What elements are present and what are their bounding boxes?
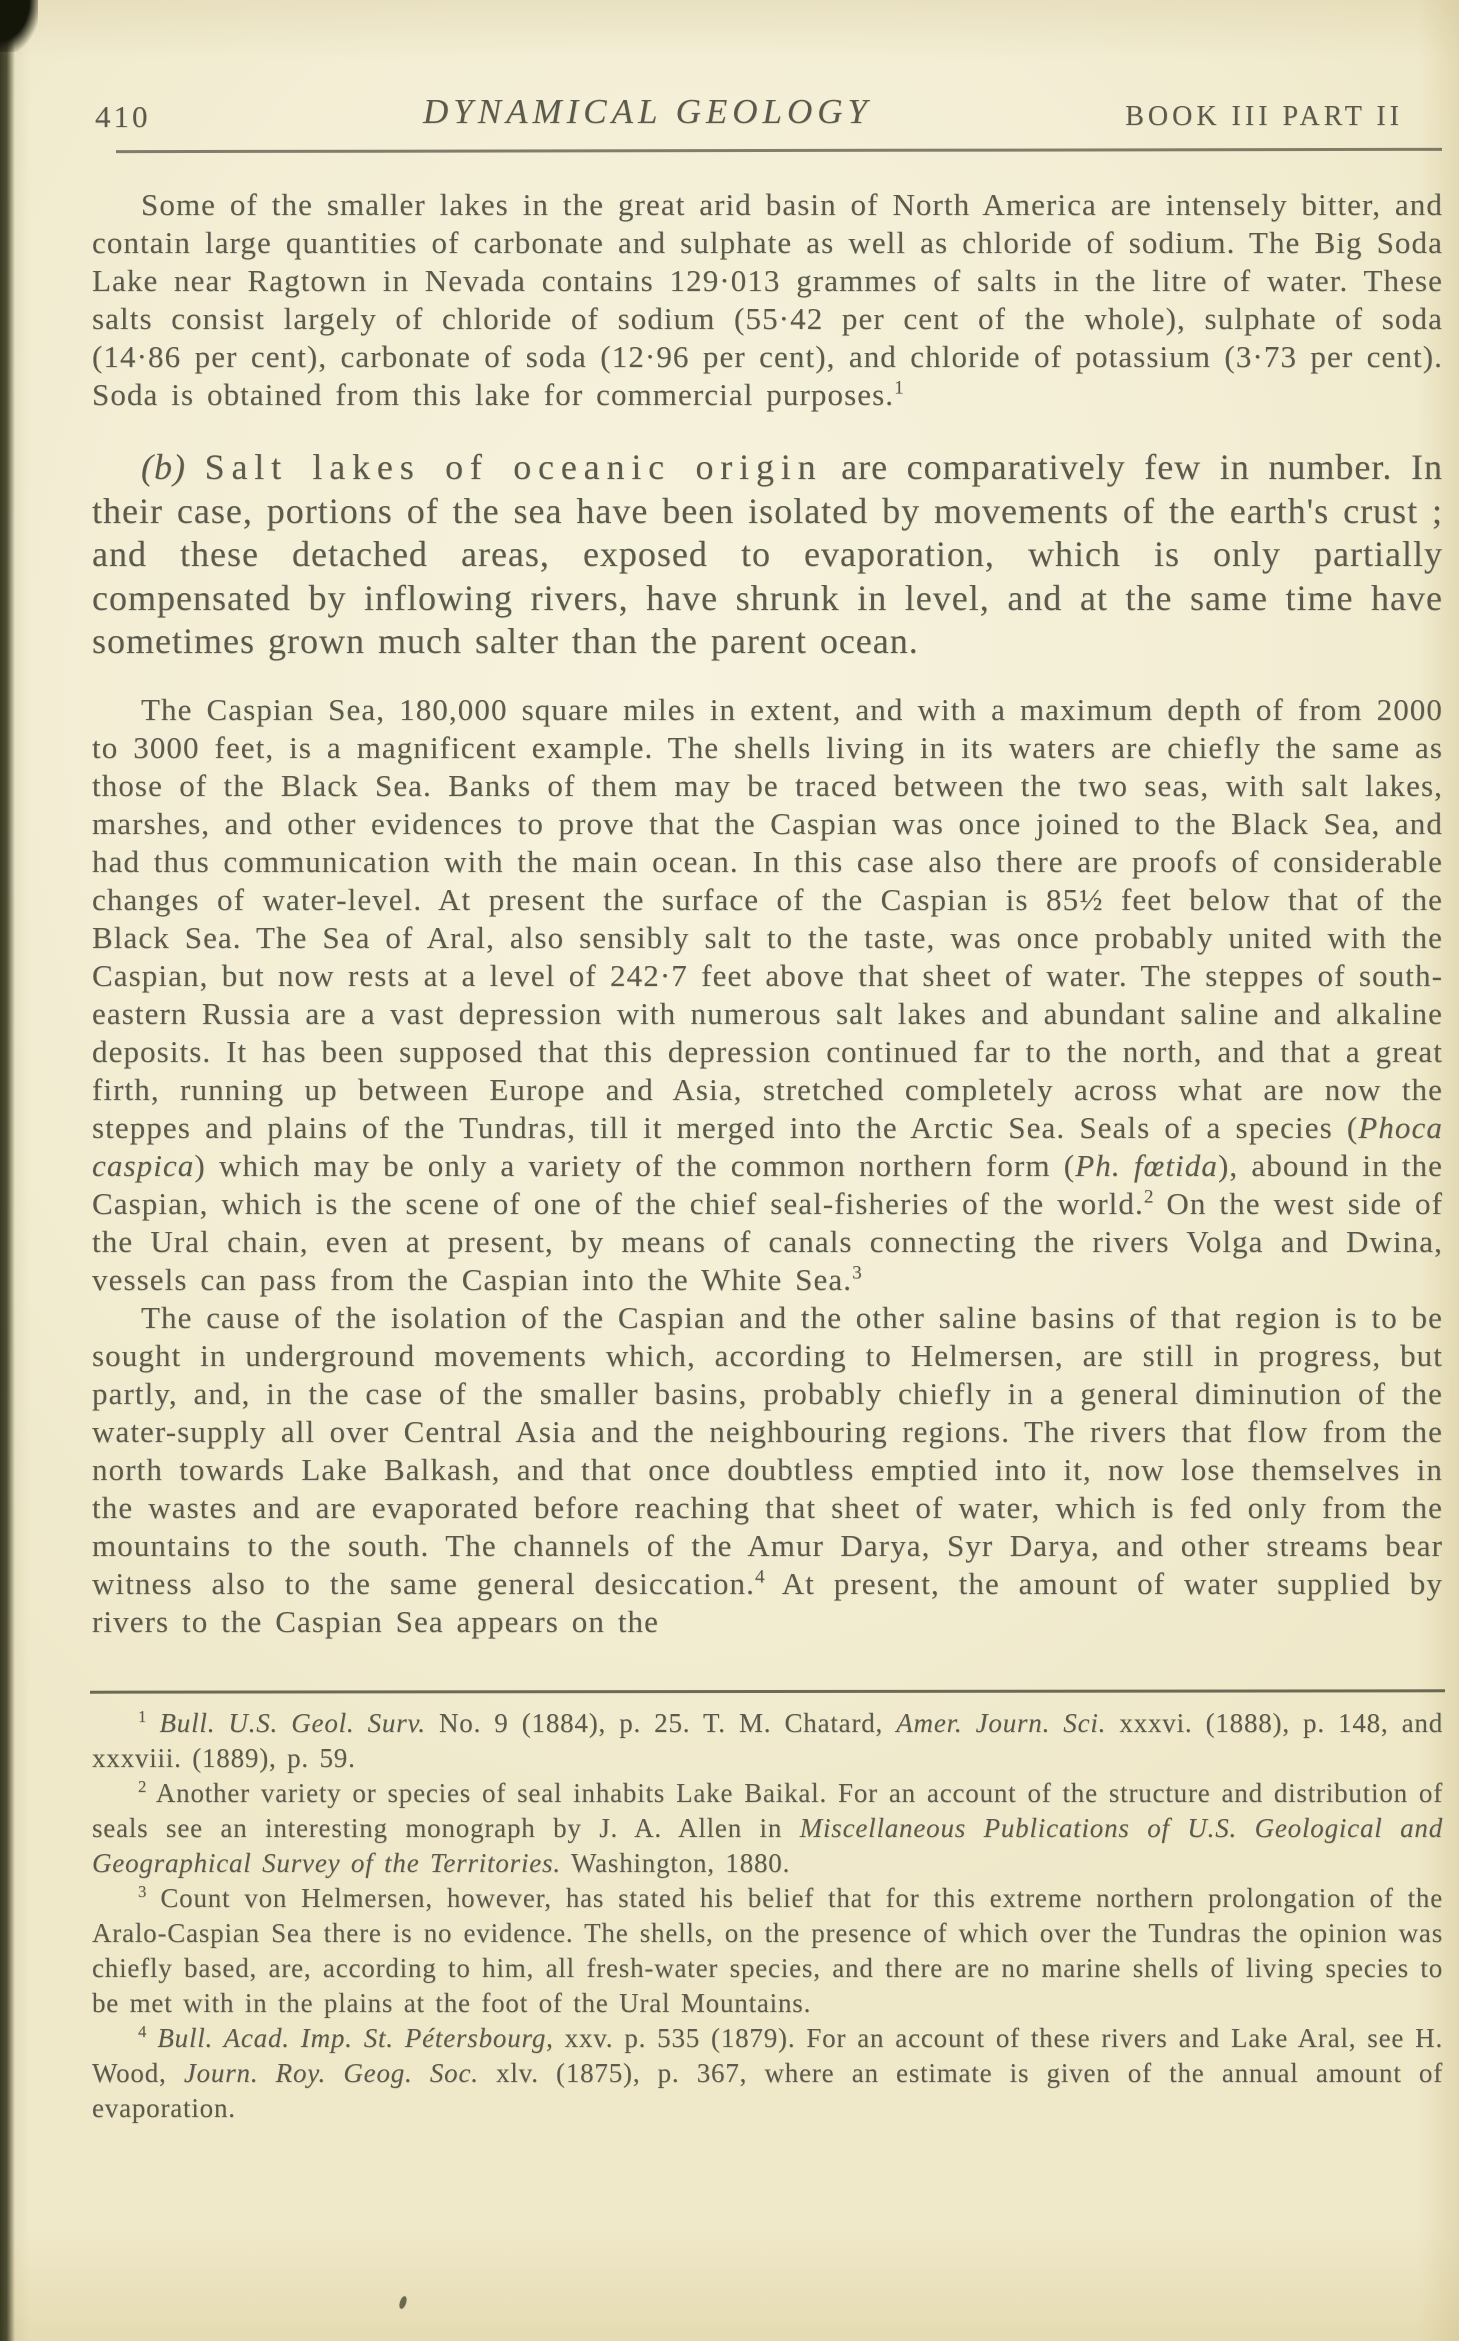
footnotes-section: 1 Bull. U.S. Geol. Surv. No. 9 (1884), p… xyxy=(92,1706,1443,2126)
text-segment: Ph. fœtida xyxy=(1075,1148,1218,1183)
text-segment: Count von Helmersen, however, has stated… xyxy=(92,1883,1443,2018)
text-segment: Bull. U.S. Geol. Surv. xyxy=(146,1708,425,1738)
book-part-label: BOOK III PART II xyxy=(1125,101,1403,133)
text-segment: ) which may be only a variety of the com… xyxy=(194,1148,1075,1183)
footnote-ref: 4 xyxy=(755,1566,765,1587)
text-segment: Bull. Acad. Imp. St. Pétersbourg xyxy=(146,2023,546,2053)
paragraph-soda-lakes: Some of the smaller lakes in the great a… xyxy=(92,186,1443,414)
footnote-ref: 1 xyxy=(894,378,904,399)
running-title: DYNAMICAL GEOLOGY xyxy=(92,92,1203,132)
page-header: 410 DYNAMICAL GEOLOGY BOOK III PART II xyxy=(92,92,1443,140)
book-page: 410 DYNAMICAL GEOLOGY BOOK III PART II S… xyxy=(0,0,1459,2341)
text-segment: Salt lakes of oceanic origin xyxy=(205,447,823,487)
footnote-1: 1 Bull. U.S. Geol. Surv. No. 9 (1884), p… xyxy=(92,1706,1443,1776)
text-segment: Some of the smaller lakes in the great a… xyxy=(92,187,1443,412)
text-segment: Journ. Roy. Geog. Soc. xyxy=(184,2058,479,2088)
footnote-3: 3 Count von Helmersen, however, has stat… xyxy=(92,1881,1443,2021)
footnote-ref: 3 xyxy=(852,1262,862,1283)
footnote-4: 4 Bull. Acad. Imp. St. Pétersbourg, xxv.… xyxy=(92,2021,1443,2126)
footnote-2: 2 Another variety or species of seal inh… xyxy=(92,1776,1443,1881)
scan-corner-shadow xyxy=(0,0,38,52)
text-segment: Washington, 1880. xyxy=(561,1848,790,1878)
paragraph-isolation-cause: The cause of the isolation of the Caspia… xyxy=(92,1299,1443,1641)
footnote-rule xyxy=(90,1689,1445,1693)
header-rule xyxy=(116,148,1442,153)
text-segment: Amer. Journ. Sci. xyxy=(896,1708,1106,1738)
text-segment: No. 9 (1884), p. 25. T. M. Chatard, xyxy=(426,1708,896,1738)
page-body: Some of the smaller lakes in the great a… xyxy=(92,186,1443,1641)
text-segment: The Caspian Sea, 180,000 square miles in… xyxy=(92,692,1443,1145)
scan-edge-strip xyxy=(0,0,15,2341)
paragraph-salt-lakes-oceanic: (b) Salt lakes of oceanic origin are com… xyxy=(92,446,1443,664)
paper-speck xyxy=(398,2295,408,2309)
text-segment: (b) xyxy=(141,447,205,487)
text-segment: The cause of the isolation of the Caspia… xyxy=(92,1300,1443,1601)
paragraph-caspian: The Caspian Sea, 180,000 square miles in… xyxy=(92,691,1443,1299)
footnote-ref: 2 xyxy=(1144,1186,1154,1207)
